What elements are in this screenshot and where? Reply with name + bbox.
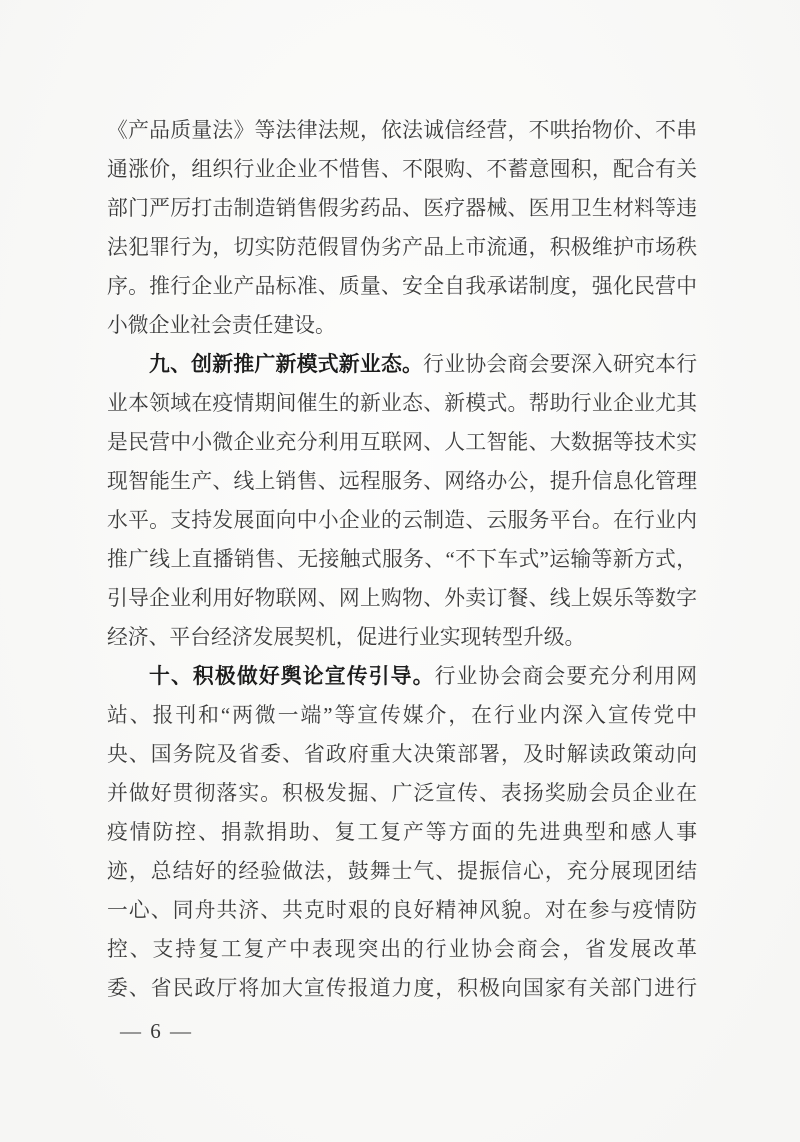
paragraph-2-line: 水平。支持发展面向中小企业的云制造、云服务平台。在行业内 [107,501,697,540]
paragraph-1-line: 《产品质量法》等法律法规，依法诚信经营，不哄抬物价、不串 [107,111,697,150]
document-text-block: 《产品质量法》等法律法规，依法诚信经营，不哄抬物价、不串 通涨价，组织行业企业不… [107,111,697,1008]
paragraph-3-line: 一心、同舟共济、共克时艰的良好精神风貌。对在参与疫情防 [107,891,697,930]
paragraph-1-line: 法犯罪行为，切实防范假冒伪劣产品上市流通，积极维护市场秩 [107,228,697,267]
paragraph-3-line: 迹，总结好的经验做法，鼓舞士气、提振信心，充分展现团结 [107,852,697,891]
paragraph-3-line: 委、省民政厅将加大宣传报道力度，积极向国家有关部门进行 [107,969,697,1008]
paragraph-3-text: 行业协会商会要充分利用网 [435,665,697,688]
paragraph-3-line: 站、报刊和“两微一端”等宣传媒介，在行业内深入宣传党中 [107,696,697,735]
page-number: — 6 — [120,1012,193,1051]
paragraph-1-line: 小微企业社会责任建设。 [107,306,697,345]
paragraph-2-line: 经济、平台经济发展契机，促进行业实现转型升级。 [107,618,697,657]
paragraph-2-line: 九、创新推广新模式新业态。行业协会商会要深入研究本行 [107,345,697,384]
document-page: 《产品质量法》等法律法规，依法诚信经营，不哄抬物价、不串 通涨价，组织行业企业不… [0,0,800,1142]
section-9-heading: 九、创新推广新模式新业态。 [149,353,423,376]
paragraph-2-line: 是民营中小微企业充分利用互联网、人工智能、大数据等技术实 [107,423,697,462]
paragraph-2-line: 现智能生产、线上销售、远程服务、网络办公，提升信息化管理 [107,462,697,501]
paragraph-2-line: 推广线上直播销售、无接触式服务、“不下车式”运输等新方式， [107,540,697,579]
paragraph-3-line: 十、积极做好舆论宣传引导。行业协会商会要充分利用网 [107,657,697,696]
paragraph-1-line: 部门严厉打击制造销售假劣药品、医疗器械、医用卫生材料等违 [107,189,697,228]
paragraph-2-line: 引导企业利用好物联网、网上购物、外卖订餐、线上娱乐等数字 [107,579,697,618]
paragraph-1-line: 序。推行企业产品标准、质量、安全自我承诺制度，强化民营中 [107,267,697,306]
paragraph-3-line: 疫情防控、捐款捐助、复工复产等方面的先进典型和感人事 [107,813,697,852]
paragraph-2-line: 业本领域在疫情期间催生的新业态、新模式。帮助行业企业尤其 [107,384,697,423]
paragraph-3-line: 并做好贯彻落实。积极发掘、广泛宣传、表扬奖励会员企业在 [107,774,697,813]
paragraph-2-text: 行业协会商会要深入研究本行 [423,353,697,376]
paragraph-1-line: 通涨价，组织行业企业不惜售、不限购、不蓄意囤积，配合有关 [107,150,697,189]
section-10-heading: 十、积极做好舆论宣传引导。 [149,665,435,688]
paragraph-3-line: 控、支持复工复产中表现突出的行业协会商会，省发展改革 [107,930,697,969]
paragraph-3-line: 央、国务院及省委、省政府重大决策部署，及时解读政策动向 [107,735,697,774]
